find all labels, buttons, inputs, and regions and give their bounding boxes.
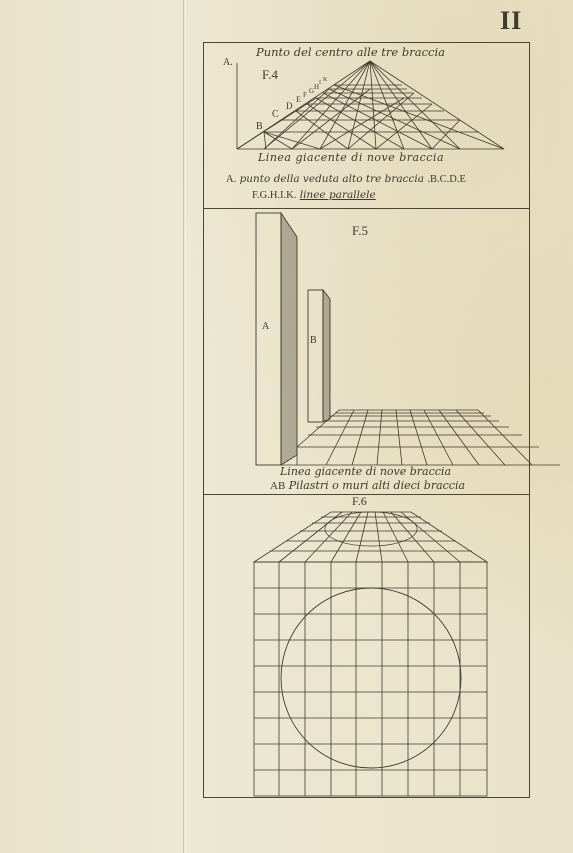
figure-4-panel: Punto del centro alle tre braccia A. F.4 bbox=[204, 43, 529, 209]
line-label-d: D bbox=[286, 101, 293, 111]
legend-suffix: .B.C.D.E bbox=[427, 174, 466, 185]
pillar-b-label: B bbox=[310, 335, 317, 346]
page-number: II bbox=[500, 6, 522, 36]
line-label-i: I bbox=[319, 80, 321, 86]
figure-4-bottom-caption: Linea giacente di nove braccia bbox=[258, 151, 444, 164]
line-label-e: E bbox=[296, 95, 301, 104]
line-label-c: C bbox=[272, 109, 279, 120]
line-label-k: K bbox=[323, 77, 327, 83]
figure-4-legend-line-2: F.G.H.I.K. linee parallele bbox=[252, 189, 376, 201]
page-fold-line bbox=[183, 0, 184, 853]
page-fold-highlight bbox=[185, 0, 186, 853]
line-label-b: B bbox=[256, 121, 263, 132]
legend-prefix: AB bbox=[270, 480, 285, 492]
figure-5-pillars-and-floor bbox=[204, 209, 531, 495]
figure-4-legend-line-1: A. punto della veduta alto tre braccia .… bbox=[226, 173, 466, 185]
figure-5-bottom-caption: Linea giacente di nove braccia bbox=[280, 465, 451, 478]
legend-prefix: A. bbox=[226, 174, 236, 185]
engraved-plate: Punto del centro alle tre braccia A. F.4 bbox=[203, 42, 530, 798]
figure-5-legend: AB Pilastri o muri alti dieci braccia bbox=[270, 479, 465, 492]
legend-text: Pilastri o muri alti dieci braccia bbox=[289, 479, 465, 492]
legend-prefix: F.G.H.I.K. bbox=[252, 190, 296, 201]
legend-text: linee parallele bbox=[300, 189, 376, 201]
figure-5-panel: F.5 bbox=[204, 209, 529, 495]
figure-6-grid-and-circle bbox=[204, 495, 531, 797]
figure-6-panel: F.6 bbox=[204, 495, 529, 797]
pillar-a-label: A bbox=[262, 321, 269, 332]
legend-text: punto della veduta alto tre braccia bbox=[240, 173, 425, 185]
line-label-f: F bbox=[303, 91, 307, 99]
